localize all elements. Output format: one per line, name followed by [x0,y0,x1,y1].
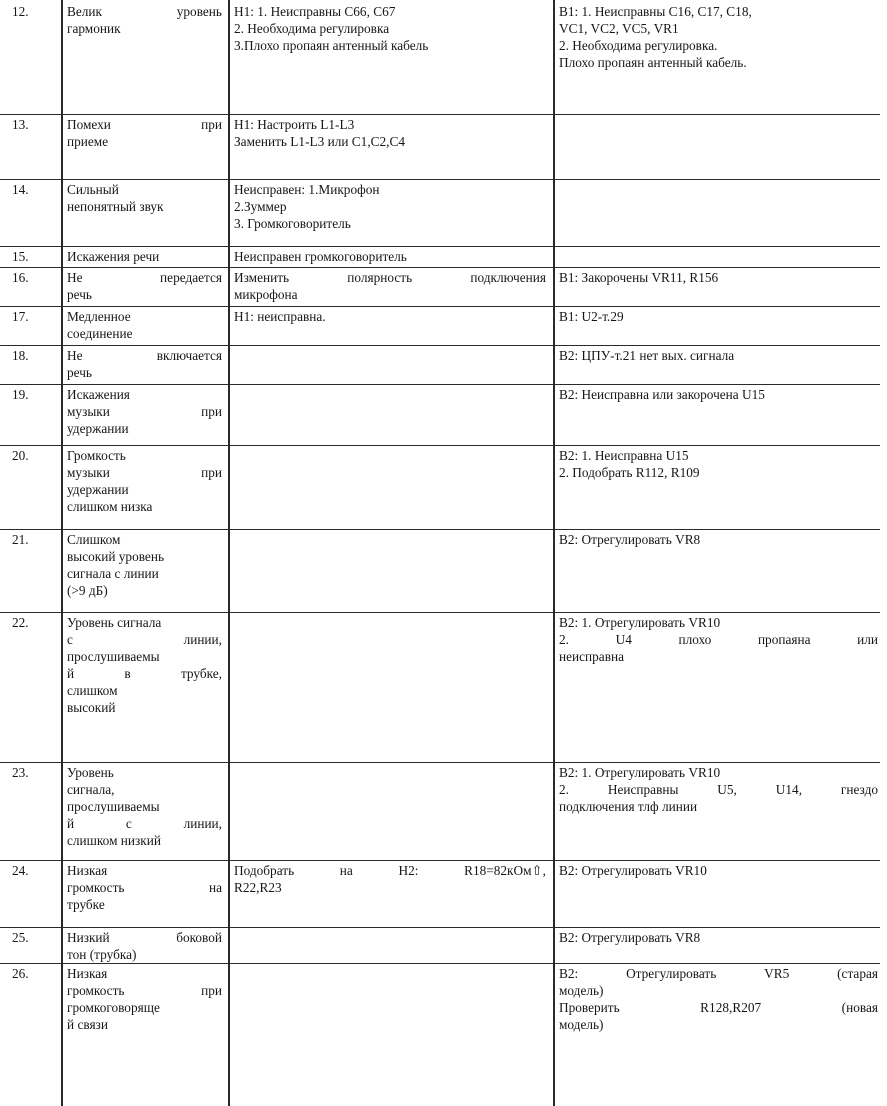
cell-line: (>9 дБ) [67,582,222,599]
cell-line: Велик уровень [67,3,222,20]
cell-line: H1: Настроить L1-L3 [234,116,546,133]
cell-line: музыки при [67,403,222,420]
cell-line: Подобрать на H2: R18=82кОм⇧, [234,862,546,879]
row-number: 18. [12,346,60,385]
table-row: 14.Сильныйнепонятный звукНеисправен: 1.М… [0,180,887,247]
handset-fix-cell [230,385,552,446]
symptom-cell: Искажениямузыки приудержании [63,385,228,446]
row-number: 25. [12,928,60,964]
cell-line: Низкая [67,965,222,982]
cell-line: Не включается [67,347,222,364]
cell-line: громкоговоряще [67,999,222,1016]
cell-line: R22,R23 [234,879,546,896]
symptom-cell: Медленноесоединение [63,307,228,346]
cell-line: 2. Неисправны U5, U14, гнездо [559,781,878,798]
cell-line: музыки при [67,464,222,481]
row-number: 24. [12,861,60,928]
base-fix-cell: B2: 1. Отрегулировать VR102. Неисправны … [556,763,884,861]
cell-line: Медленное [67,308,222,325]
cell-line: Уровень [67,764,222,781]
cell-line: B2: 1. Неисправна U15 [559,447,878,464]
cell-line: Слишком [67,531,222,548]
handset-fix-cell [230,346,552,385]
symptom-cell: Низкий боковойтон (трубка) [63,928,228,964]
cell-line: Изменить полярность подключения [234,269,546,286]
cell-line: сигнала, [67,781,222,798]
table-row: 16.Не передаетсяречьИзменить полярность … [0,268,887,307]
table-row: 26.Низкаягромкость пригромкоговорящей св… [0,964,887,1106]
symptom-cell: Велик уровеньгармоник [63,2,228,115]
handset-fix-cell [230,964,552,1106]
cell-line: 2. Подобрать R112, R109 [559,464,878,481]
cell-line: 2. Необходима регулировка. [559,37,878,54]
cell-line: удержании [67,481,222,498]
base-fix-cell: B1: Закорочены VR11, R156 [556,268,884,307]
cell-line: слишком низкий [67,832,222,849]
symptom-cell: Уровеньсигнала,прослушиваемый с линии,сл… [63,763,228,861]
table-row: 12.Велик уровеньгармоникH1: 1. Неисправн… [0,2,887,115]
cell-line: й связи [67,1016,222,1033]
base-fix-cell: B2: Отрегулировать VR8 [556,928,884,964]
handset-fix-cell [230,446,552,530]
cell-line: B1: 1. Неисправны C16, C17, C18, [559,3,878,20]
table-row: 21.Слишкомвысокий уровеньсигнала с линии… [0,530,887,613]
handset-fix-cell [230,613,552,763]
cell-line: H1: неисправна. [234,308,546,325]
cell-line: удержании [67,420,222,437]
cell-line: соединение [67,325,222,342]
cell-line: Проверить R128,R207 (новая [559,999,878,1016]
cell-line: B2: 1. Отрегулировать VR10 [559,614,878,631]
table-row: 17.МедленноесоединениеH1: неисправна.B1:… [0,307,887,346]
cell-line: с линии, [67,631,222,648]
cell-line: тон (трубка) [67,946,222,963]
cell-line: Заменить L1-L3 или C1,C2,C4 [234,133,546,150]
cell-line: трубке [67,896,222,913]
cell-line: Низкая [67,862,222,879]
symptom-cell: Уровень сигналас линии,прослушиваемый в … [63,613,228,763]
handset-fix-cell [230,928,552,964]
cell-line: B2: Отрегулировать VR10 [559,862,878,879]
cell-line: приеме [67,133,222,150]
symptom-cell: Сильныйнепонятный звук [63,180,228,247]
table-row: 15.Искажения речиНеисправен громкоговори… [0,247,887,268]
row-number: 16. [12,268,60,307]
row-number: 23. [12,763,60,861]
cell-line: прослушиваемы [67,798,222,815]
row-number: 17. [12,307,60,346]
symptom-cell: Помехи приприеме [63,115,228,180]
cell-line: Уровень сигнала [67,614,222,631]
cell-line: модель) [559,1016,878,1033]
row-number: 15. [12,247,60,268]
cell-line: неисправна [559,648,878,665]
symptom-cell: Слишкомвысокий уровеньсигнала с линии(>9… [63,530,228,613]
cell-line: B2: Неисправна или закорочена U15 [559,386,878,403]
symptom-cell: Искажения речи [63,247,228,268]
handset-fix-cell [230,530,552,613]
cell-line: H1: 1. Неисправны C66, C67 [234,3,546,20]
cell-line: высокий [67,699,222,716]
table-row: 22.Уровень сигналас линии,прослушиваемый… [0,613,887,763]
handset-fix-cell: H1: 1. Неисправны C66, C672. Необходима … [230,2,552,115]
cell-line: сигнала с линии [67,565,222,582]
cell-line: B2: ЦПУ-т.21 нет вых. сигнала [559,347,878,364]
cell-line: речь [67,364,222,381]
handset-fix-cell: H1: Настроить L1-L3Заменить L1-L3 или C1… [230,115,552,180]
cell-line: B2: Отрегулировать VR8 [559,929,878,946]
troubleshooting-table: 12.Велик уровеньгармоникH1: 1. Неисправн… [0,0,887,1106]
cell-line: B2: Отрегулировать VR5 (старая [559,965,878,982]
base-fix-cell: B2: Отрегулировать VR8 [556,530,884,613]
handset-fix-cell: Изменить полярность подключениямикрофона [230,268,552,307]
cell-line: VC1, VC2, VC5, VR1 [559,20,878,37]
handset-fix-cell [230,763,552,861]
cell-line: 2. Необходима регулировка [234,20,546,37]
cell-line: B1: Закорочены VR11, R156 [559,269,878,286]
cell-line: Громкость [67,447,222,464]
row-number: 26. [12,964,60,1106]
table-row: 23.Уровеньсигнала,прослушиваемый с линии… [0,763,887,861]
row-number: 22. [12,613,60,763]
cell-line: слишком низка [67,498,222,515]
table-row: 18.Не включаетсяречьB2: ЦПУ-т.21 нет вых… [0,346,887,385]
cell-line: Неисправен: 1.Микрофон [234,181,546,198]
base-fix-cell: B1: U2-т.29 [556,307,884,346]
row-number: 20. [12,446,60,530]
cell-line: Помехи при [67,116,222,133]
row-number: 13. [12,115,60,180]
row-number: 19. [12,385,60,446]
table-row: 19.Искажениямузыки приудержанииB2: Неисп… [0,385,887,446]
table-row: 24.Низкаягромкость натрубкеПодобрать на … [0,861,887,928]
cell-line: микрофона [234,286,546,303]
cell-line: й с линии, [67,815,222,832]
cell-line: Неисправен громкоговоритель [234,248,546,265]
cell-line: непонятный звук [67,198,222,215]
cell-line: Искажения [67,386,222,403]
symptom-cell: Низкаягромкость натрубке [63,861,228,928]
cell-line: высокий уровень [67,548,222,565]
table-row: 13.Помехи приприемеH1: Настроить L1-L3За… [0,115,887,180]
base-fix-cell [556,247,884,268]
symptom-cell: Не передаетсяречь [63,268,228,307]
base-fix-cell: B2: Неисправна или закорочена U15 [556,385,884,446]
cell-line: B1: U2-т.29 [559,308,878,325]
cell-line: Не передается [67,269,222,286]
row-number: 21. [12,530,60,613]
cell-line: слишком [67,682,222,699]
row-number: 12. [12,2,60,115]
cell-line: речь [67,286,222,303]
cell-line: прослушиваемы [67,648,222,665]
cell-line: подключения тлф линии [559,798,878,815]
base-fix-cell: B1: 1. Неисправны C16, C17, C18,VC1, VC2… [556,2,884,115]
cell-line: Сильный [67,181,222,198]
base-fix-cell: B2: ЦПУ-т.21 нет вых. сигнала [556,346,884,385]
table-row: 25.Низкий боковойтон (трубка)B2: Отрегул… [0,928,887,964]
row-number: 14. [12,180,60,247]
symptom-cell: Громкостьмузыки приудержаниислишком низк… [63,446,228,530]
cell-line: 3.Плохо пропаян антенный кабель [234,37,546,54]
cell-line: Плохо пропаян антенный кабель. [559,54,878,71]
cell-line: й в трубке, [67,665,222,682]
base-fix-cell [556,180,884,247]
cell-line: гармоник [67,20,222,37]
table-row: 20.Громкостьмузыки приудержаниислишком н… [0,446,887,530]
cell-line: 3. Громкоговоритель [234,215,546,232]
symptom-cell: Низкаягромкость пригромкоговорящей связи [63,964,228,1106]
base-fix-cell [556,115,884,180]
base-fix-cell: B2: 1. Неисправна U152. Подобрать R112, … [556,446,884,530]
handset-fix-cell: Неисправен громкоговоритель [230,247,552,268]
cell-line: 2. U4 плохо пропаяна или [559,631,878,648]
handset-fix-cell: Подобрать на H2: R18=82кОм⇧,R22,R23 [230,861,552,928]
symptom-cell: Не включаетсяречь [63,346,228,385]
base-fix-cell: B2: Отрегулировать VR5 (стараямодель)Про… [556,964,884,1106]
cell-line: B2: 1. Отрегулировать VR10 [559,764,878,781]
cell-line: Искажения речи [67,248,222,265]
cell-line: модель) [559,982,878,999]
handset-fix-cell: H1: неисправна. [230,307,552,346]
cell-line: B2: Отрегулировать VR8 [559,531,878,548]
base-fix-cell: B2: Отрегулировать VR10 [556,861,884,928]
cell-line: Низкий боковой [67,929,222,946]
cell-line: громкость на [67,879,222,896]
cell-line: 2.Зуммер [234,198,546,215]
cell-line: громкость при [67,982,222,999]
handset-fix-cell: Неисправен: 1.Микрофон2.Зуммер3. Громког… [230,180,552,247]
base-fix-cell: B2: 1. Отрегулировать VR102. U4 плохо пр… [556,613,884,763]
